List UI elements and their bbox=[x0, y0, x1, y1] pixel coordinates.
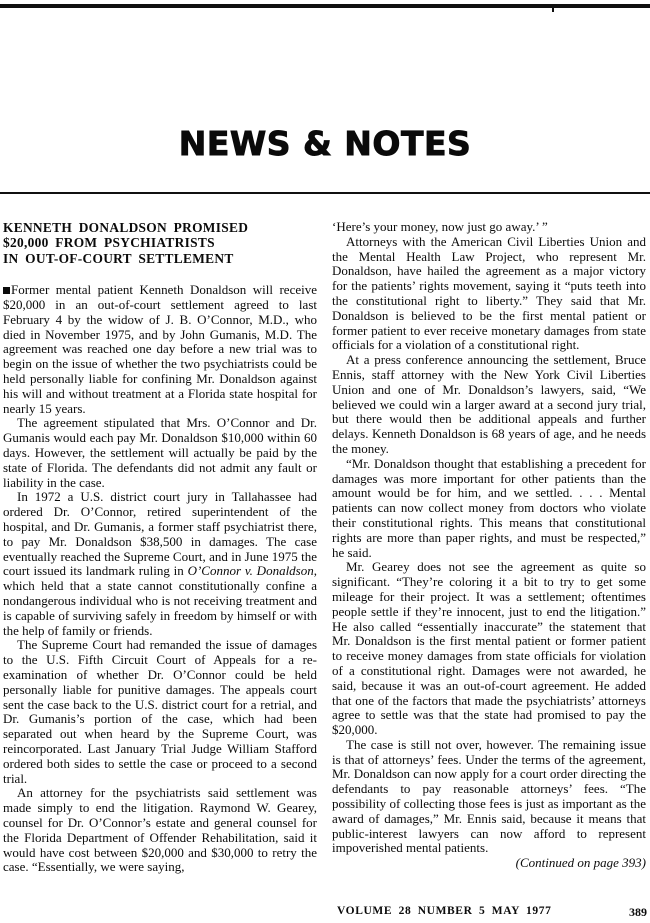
paragraph: An attorney for the psychiatrists said s… bbox=[3, 786, 317, 875]
text-run: At a press conference announcing the set… bbox=[332, 352, 646, 456]
headline-line-2: $20,000 FROM PSYCHIATRISTS bbox=[3, 235, 317, 250]
left-column-paragraphs: Former mental patient Kenneth Donaldson … bbox=[3, 283, 317, 875]
article-body: KENNETH DONALDSON PROMISED $20,000 FROM … bbox=[3, 220, 647, 875]
registration-tick-mark bbox=[552, 8, 554, 12]
paragraph: At a press conference announcing the set… bbox=[332, 353, 646, 457]
paragraph: Mr. Gearey does not see the agreement as… bbox=[332, 560, 646, 738]
text-run: The case is still not over, however. The… bbox=[332, 737, 646, 856]
paragraph: The Supreme Court had remanded the issue… bbox=[3, 638, 317, 786]
left-column: KENNETH DONALDSON PROMISED $20,000 FROM … bbox=[3, 220, 317, 875]
article-headline: KENNETH DONALDSON PROMISED $20,000 FROM … bbox=[3, 220, 317, 266]
paragraph: Former mental patient Kenneth Donaldson … bbox=[3, 283, 317, 416]
footer-volume-line: VOLUME 28 NUMBER 5 MAY 1977 bbox=[337, 905, 551, 917]
text-run: Mr. Gearey does not see the agreement as… bbox=[332, 559, 646, 737]
italic-text-run: O’Connor v. Donaldson bbox=[188, 563, 314, 578]
text-run: Former mental patient Kenneth Donaldson … bbox=[3, 282, 317, 415]
paragraph: The agreement stipulated that Mrs. O’Con… bbox=[3, 416, 317, 490]
text-run: Attorneys with the American Civil Libert… bbox=[332, 234, 646, 353]
paragraph: ‘Here’s your money, now just go away.’ ” bbox=[332, 220, 646, 235]
headline-line-1: KENNETH DONALDSON PROMISED bbox=[3, 220, 317, 235]
headline-line-3: IN OUT-OF-COURT SETTLEMENT bbox=[3, 251, 317, 266]
journal-page: NEWS & NOTES KENNETH DONALDSON PROMISED … bbox=[0, 0, 650, 923]
paragraph: The case is still not over, however. The… bbox=[332, 738, 646, 856]
continued-note: (Continued on page 393) bbox=[332, 856, 646, 871]
paragraph: In 1972 a U.S. district court jury in Ta… bbox=[3, 490, 317, 638]
square-bullet-icon bbox=[3, 287, 10, 294]
section-masthead-title: NEWS & NOTES bbox=[0, 127, 650, 161]
text-run: ‘Here’s your money, now just go away.’ ” bbox=[332, 219, 548, 234]
text-run: The agreement stipulated that Mrs. O’Con… bbox=[3, 415, 317, 489]
text-run: An attorney for the psychiatrists said s… bbox=[3, 785, 317, 874]
right-column: ‘Here’s your money, now just go away.’ ”… bbox=[332, 220, 646, 875]
text-run: “Mr. Donaldson thought that establishing… bbox=[332, 456, 646, 560]
masthead-rule-divider bbox=[0, 192, 650, 194]
text-run: The Supreme Court had remanded the issue… bbox=[3, 637, 317, 785]
paragraph: Attorneys with the American Civil Libert… bbox=[332, 235, 646, 353]
footer-page-number: 389 bbox=[629, 905, 647, 920]
right-column-paragraphs: ‘Here’s your money, now just go away.’ ”… bbox=[332, 220, 646, 856]
paragraph: “Mr. Donaldson thought that establishing… bbox=[332, 457, 646, 561]
